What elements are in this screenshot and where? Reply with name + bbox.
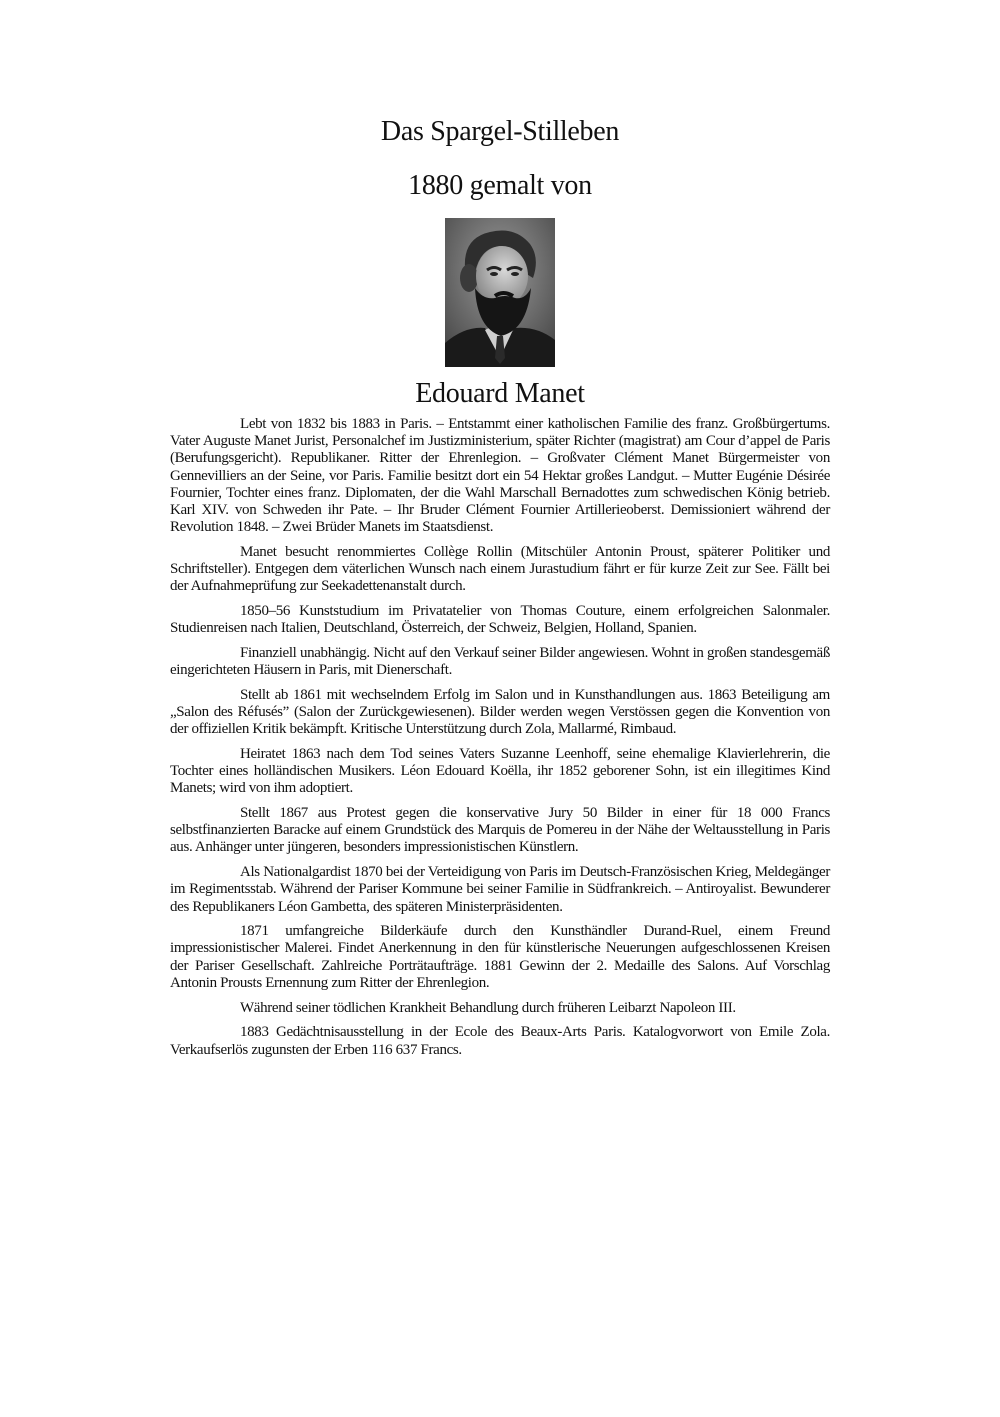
paragraph-marriage: Heiratet 1863 nach dem Tod seines Vaters… bbox=[170, 746, 830, 798]
paragraph-salon: Stellt ab 1861 mit wechselndem Erfolg im… bbox=[170, 687, 830, 739]
portrait-photo-icon bbox=[445, 218, 555, 367]
document-page: Das Spargel-Stilleben 1880 gemalt von bbox=[0, 0, 1000, 1417]
paragraph-finances: Finanziell unabhängig. Nicht auf den Ver… bbox=[170, 645, 830, 679]
paragraph-art-studies: 1850–56 Kunststudium im Privatatelier vo… bbox=[170, 603, 830, 637]
paragraph-recognition: 1871 umfangreiche Bilderkäufe durch den … bbox=[170, 923, 830, 992]
document-title: Das Spargel-Stilleben bbox=[0, 116, 1000, 148]
paragraph-illness: Während seiner tödlichen Krankheit Behan… bbox=[170, 1000, 830, 1017]
paragraph-family: Lebt von 1832 bis 1883 in Paris. – Entst… bbox=[170, 416, 830, 536]
artist-name-heading: Edouard Manet bbox=[0, 378, 1000, 410]
paragraph-memorial: 1883 Gedächtnisausstellung in der Ecole … bbox=[170, 1024, 830, 1058]
paragraph-war: Als Nationalgardist 1870 bei der Verteid… bbox=[170, 864, 830, 916]
paragraph-1867-exhibition: Stellt 1867 aus Protest gegen die konser… bbox=[170, 805, 830, 857]
paragraph-education: Manet besucht renommiertes Collège Rolli… bbox=[170, 544, 830, 596]
document-subtitle: 1880 gemalt von bbox=[0, 170, 1000, 202]
biography-text: Lebt von 1832 bis 1883 in Paris. – Entst… bbox=[170, 416, 830, 1066]
